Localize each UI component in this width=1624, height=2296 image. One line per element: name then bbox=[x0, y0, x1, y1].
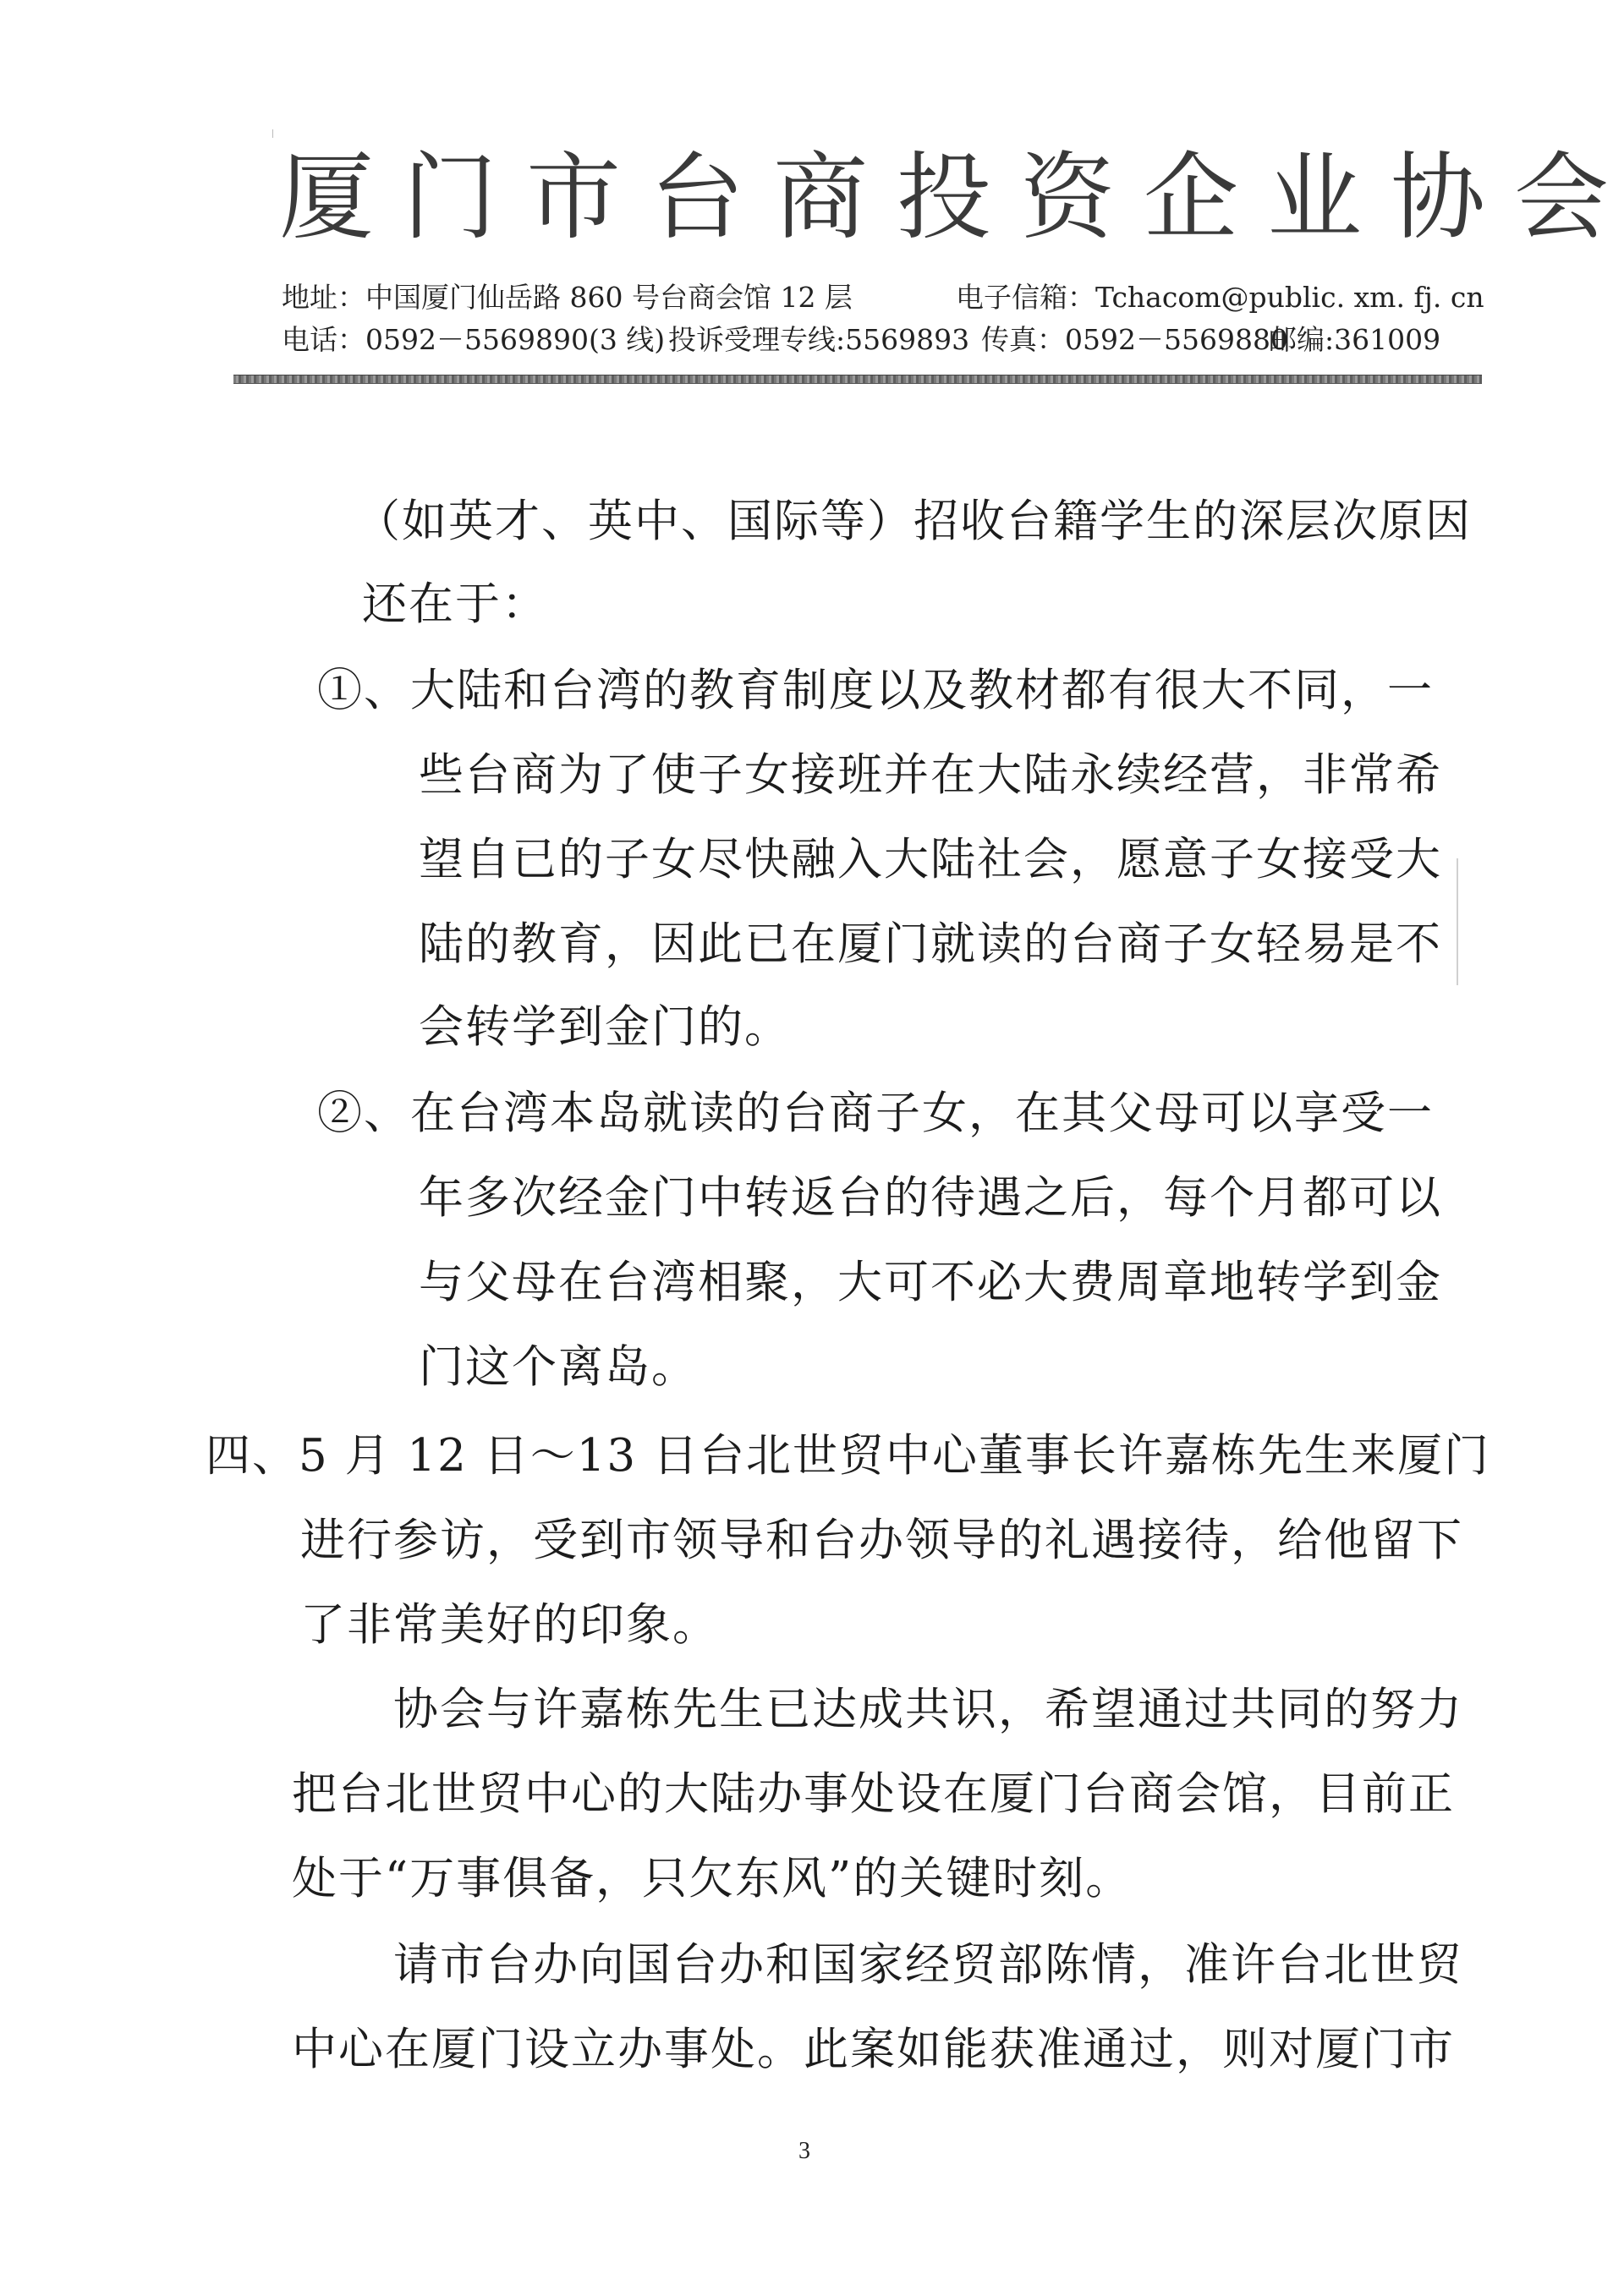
postcode-text: 邮编:361009 bbox=[1269, 326, 1440, 353]
body-line: 还在于： bbox=[362, 582, 548, 627]
paragraph-start: 协会与许嘉栋先生已达成共识，希望通过共同的努力 bbox=[393, 1687, 1463, 1732]
body-line: 与父母在台湾相聚，大可不必大费周章地转学到金 bbox=[419, 1260, 1442, 1305]
section-heading-four: 四、5 月 12 日～13 日台北世贸中心董事长许嘉栋先生来厦门 bbox=[206, 1433, 1490, 1478]
scan-noise bbox=[272, 129, 273, 138]
body-line: 些台商为了使子女接班并在大陆永续经营，非常希 bbox=[419, 753, 1442, 797]
complaint-line-text: 投诉受理专线:5569893 bbox=[668, 326, 969, 353]
body-line: 年多次经金门中转返台的待遇之后，每个月都可以 bbox=[419, 1175, 1442, 1220]
scan-noise bbox=[1457, 858, 1458, 985]
header-divider bbox=[233, 375, 1482, 384]
organization-title: 厦门市台商投资企业协会 bbox=[279, 151, 1624, 245]
body-line: （如英才、英中、国际等）招收台籍学生的深层次原因 bbox=[355, 499, 1472, 544]
email-text: 电子信箱：Tchacom@public. xm. fj. cn bbox=[956, 283, 1484, 311]
address-text: 地址：中国厦门仙岳路 860 号台商会馆 12 层 bbox=[282, 283, 853, 311]
body-line: 了非常美好的印象。 bbox=[300, 1603, 719, 1647]
fax-text: 传真：0592－5569880 bbox=[981, 326, 1288, 353]
body-line: 望自已的子女尽快融入大陆社会，愿意子女接受大 bbox=[419, 837, 1442, 882]
body-line: 处于“万事俱备，只欠东风”的关键时刻。 bbox=[292, 1856, 1132, 1901]
body-line: 中心在厦门设立办事处。此案如能获准通过，则对厦门市 bbox=[292, 2027, 1455, 2072]
paragraph-start: 请市台办向国台办和国家经贸部陈情，准许台北世贸 bbox=[393, 1943, 1463, 1987]
body-line: 陆的教育，因此已在厦门就读的台商子女轻易是不 bbox=[419, 922, 1442, 967]
body-line: 把台北世贸中心的大陆办事处设在厦门台商会馆，目前正 bbox=[292, 1772, 1455, 1817]
body-line: 进行参访，受到市领导和台办领导的礼遇接待，给他留下 bbox=[300, 1518, 1463, 1563]
page-number: 3 bbox=[798, 2138, 810, 2165]
phone-text: 电话：0592－5569890(3 线) bbox=[282, 326, 665, 353]
body-line: 会转学到金门的。 bbox=[419, 1005, 791, 1049]
list-item-1: ①、大陆和台湾的教育制度以及教材都有很大不同，一 bbox=[317, 668, 1434, 713]
body-line: 门这个离岛。 bbox=[419, 1345, 698, 1389]
list-item-2: ②、在台湾本岛就读的台商子女，在其父母可以享受一 bbox=[317, 1091, 1434, 1136]
